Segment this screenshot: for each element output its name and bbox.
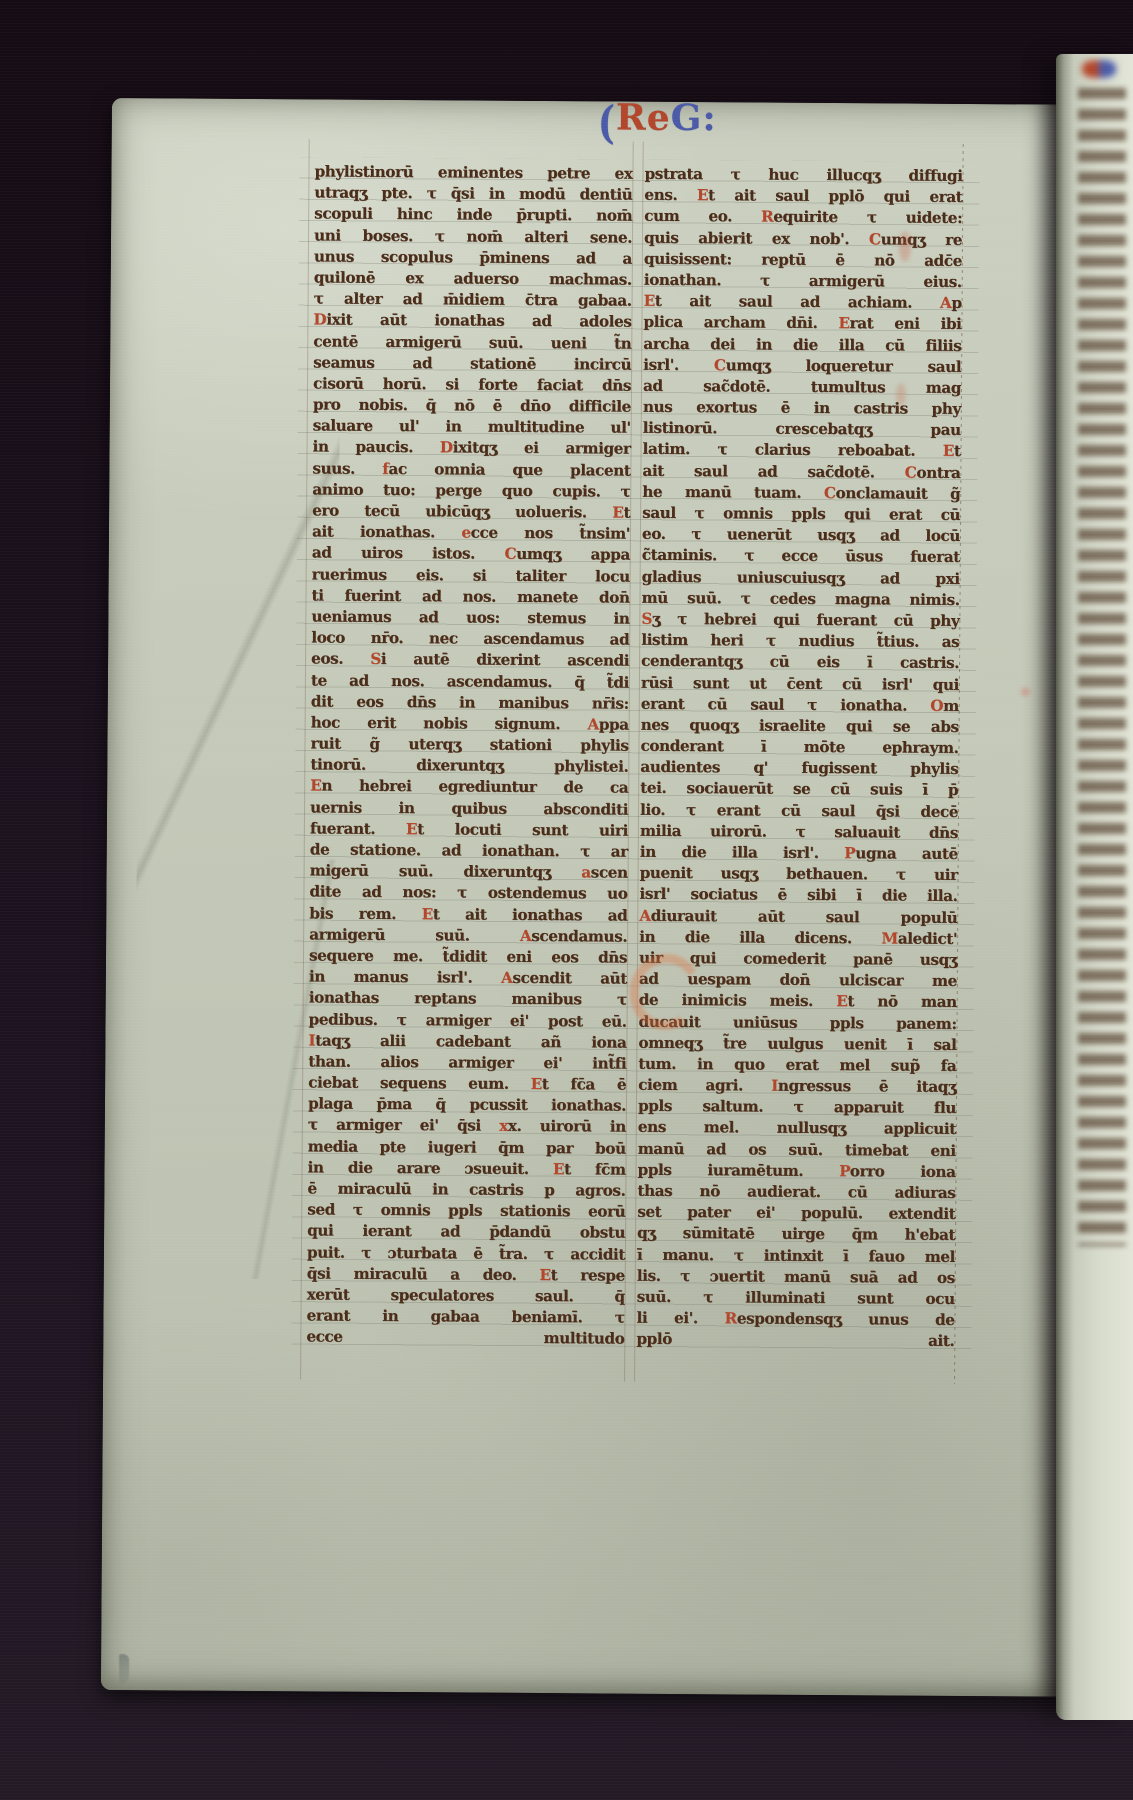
text-line: ait saul ad sac̃dotē. Contra	[642, 460, 960, 483]
text-line: ti fuerint ad nos. manete don̄	[311, 585, 629, 608]
text-line: pedibus. τ armiger ei' post eū.	[308, 1009, 626, 1032]
text-line: li ei'. Respondensqʒ unus de	[636, 1308, 954, 1331]
text-line: migerū suū. dixeruntqʒ ascen	[310, 861, 628, 884]
text-line: cum eo. Requirite τ uidete:	[644, 206, 962, 229]
text-line: ens mel. nullusqʒ applicuit	[638, 1117, 956, 1140]
text-line: gladius uniuscuiusqʒ ad pxi	[642, 566, 960, 589]
text-line: loco nr̄o. nec ascendamus ad	[311, 628, 629, 651]
text-line: he manū tuam. Conclamauit g̃	[642, 482, 960, 505]
text-line: tum. in quo erat mel sup̃ fa	[638, 1054, 956, 1077]
text-line: mū suū. τ cedes magna nimis.	[641, 587, 959, 610]
text-line: qui ierant ad p̄dandū obstu	[307, 1221, 625, 1244]
rubricated-capital: E	[553, 1160, 564, 1178]
rubricated-capital: O	[930, 696, 943, 714]
running-title-char: G	[671, 96, 703, 140]
text-line: ciebat sequens eum. Et fc̄a ē	[308, 1072, 626, 1095]
text-line: τ armiger ei' q̄si xx. uirorū in	[308, 1115, 626, 1138]
rubricated-capital: E	[838, 314, 849, 332]
text-line: ueniamus ad uos: stemus in	[311, 606, 629, 629]
text-line: suus. fac omnia que placent	[312, 458, 630, 481]
text-line: q̄si miraculū a deo. Et respe	[307, 1263, 625, 1286]
rubricated-capital: E	[943, 442, 954, 460]
rubricated-capital: A	[940, 294, 952, 312]
text-line: in die illa dicens. Maledict'	[639, 926, 957, 949]
text-line: archa dei in die illa cū filiis	[643, 333, 961, 356]
text-line: quis abierit ex nob'. Cumqʒ re	[644, 227, 962, 250]
text-line: ppls iuramētum. Porro iona	[637, 1160, 955, 1183]
text-line: lis. τ ɔuertit manū suā ad os	[637, 1265, 955, 1288]
rubricated-capital: A	[639, 906, 651, 924]
rubricated-capital: C	[504, 545, 516, 563]
rubricated-capital: C	[905, 463, 917, 481]
text-line: ducauit uniūsus ppls panem:	[638, 1011, 956, 1034]
rubricated-capital: I	[308, 1031, 315, 1049]
text-line: in manus isrl'. Ascendit aūt	[309, 967, 627, 990]
text-column-left: phylistinorū eminentes petre exutraqʒ pt…	[306, 161, 632, 1350]
rubricated-capital: A	[520, 927, 532, 945]
running-title: (ReG:	[598, 95, 717, 144]
facing-page-blurred-text	[1078, 88, 1126, 1246]
text-line: sequere me. t̃didit eni eos dn̄s	[309, 945, 627, 968]
text-line: τ alter ad m̄idiem c̄tra gabaa.	[314, 289, 632, 312]
text-line: omneqʒ t̃re uulgus uenit ī sal	[638, 1032, 956, 1055]
rubricated-capital: E	[406, 820, 417, 838]
text-line: ecce multitudo	[306, 1327, 624, 1350]
text-column-right: pstrata τ huc illucqʒ diffugiens. Et ait…	[636, 164, 962, 1353]
text-line: uni boses. τ nom̄ alteri sene.	[314, 225, 632, 248]
text-line: listinorū. crescebatqʒ pau	[643, 418, 961, 441]
text-line: than. alios armiger ei' int̃fi	[308, 1051, 626, 1074]
text-line: listim heri τ nudius t̃tius. as	[641, 630, 959, 653]
text-line: animo tuo: perge quo cupis. τ	[312, 479, 630, 502]
rubricated-capital: C	[869, 230, 881, 248]
text-line: uernis in quibus absconditi	[310, 797, 628, 820]
text-line: rūsi sunt ut c̄ent cū isrl' qui	[641, 672, 959, 695]
text-line: ruerimus eis. si taliter locu	[312, 564, 630, 587]
text-line: eo. τ uenerūt usqʒ ad locū	[642, 524, 960, 547]
text-line: puit. τ ɔturbata ē t̃ra. τ accidit	[307, 1242, 625, 1265]
running-title-char: :	[702, 96, 717, 140]
rubricated-capital: D	[440, 439, 453, 457]
text-line: ionathan. τ armigerū eius.	[644, 270, 962, 293]
manuscript-page: (ReG: phylistinorū eminentes petre exutr…	[101, 98, 1075, 1697]
text-line: nus exortus ē in castris phy	[643, 397, 961, 420]
rubricated-capital: E	[539, 1266, 550, 1284]
text-line: ionathas reptans manibus τ	[309, 988, 627, 1011]
text-line: ad uiros istos. Cumqʒ appa	[312, 543, 630, 566]
text-line: set pater ei' populū. extendit	[637, 1202, 955, 1225]
text-line: cisorū horū. si forte faciat dn̄s	[313, 373, 631, 396]
text-line: ait ionathas. ecce nos t̃nsim'	[312, 522, 630, 545]
rubricated-capital: E	[612, 504, 623, 522]
rubricated-capital: A	[501, 969, 513, 987]
rubricated-capital: E	[422, 905, 433, 923]
text-line: ruit g̃ uterqʒ stationi phylis	[310, 733, 628, 756]
text-line: quisissent: reptū ē nō adc̄e	[644, 248, 962, 271]
text-line: erant in gabaa beniamī. τ	[306, 1306, 624, 1329]
text-line: in die illa isrl'. Pugna autē	[640, 842, 958, 865]
rubricated-capital: E	[310, 777, 321, 795]
rubricated-capital: E	[531, 1075, 542, 1093]
pink-stain	[1021, 687, 1030, 696]
rubricated-capital: C	[824, 484, 836, 502]
text-line: scopuli hinc inde p̄rupti. nom̄	[314, 204, 632, 227]
text-line: tinorū. dixeruntqʒ phylistei.	[310, 755, 628, 778]
text-line: in paucis. Dixitqʒ ei armiger	[312, 437, 630, 460]
rubricated-capital: S	[641, 610, 652, 628]
text-line: media pte iugeri q̄m par boū	[308, 1136, 626, 1159]
text-line: armigerū suū. Ascendamus.	[309, 924, 627, 947]
photo-background: (ReG: phylistinorū eminentes petre exutr…	[0, 0, 1133, 1800]
text-line: c̃taminis. τ ecce ūsus fuerat	[642, 545, 960, 568]
text-line: quilonē ex aduerso machmas.	[314, 267, 632, 290]
rubricated-capital: A	[587, 715, 599, 733]
text-line: nes quoqʒ israelite qui se abs	[641, 715, 959, 738]
rubricated-capital: a	[581, 863, 591, 881]
text-line: ens. Et ait saul pplō qui erat	[644, 185, 962, 208]
rubricated-capital: R	[724, 1309, 736, 1327]
text-line: Dixit aūt ionathas ad adoles	[313, 310, 631, 333]
text-line: Sʒ τ hebrei qui fuerant cū phy	[641, 609, 959, 632]
text-line: xerūt speculatores saul. q̄	[307, 1284, 625, 1307]
rubricated-capital: C	[714, 356, 726, 374]
rubricated-capital: E	[836, 992, 847, 1010]
text-line: pplō ait.	[636, 1329, 954, 1352]
text-line: isrl' sociatus ē sibi ī die illa.	[639, 884, 957, 907]
rubricated-capital: S	[370, 650, 381, 668]
text-line: unus scopulus p̄minens ad a	[314, 246, 632, 269]
text-block: phylistinorū eminentes petre exutraqʒ pt…	[306, 161, 962, 1352]
text-line: puenit usqʒ bethauen. τ uir	[640, 863, 958, 886]
text-line: isrl'. Cumqʒ loqueretur saul	[643, 354, 961, 377]
text-line: conderant ī mōte ephraym.	[640, 736, 958, 759]
text-line: saluare ul' in multitudine ul'	[313, 416, 631, 439]
corner-fold-mark	[119, 1654, 129, 1684]
text-line: plica archam dn̄i. Erat eni ibi	[643, 312, 961, 335]
text-line: utraqʒ pte. τ q̄si in modū dentiū	[314, 183, 632, 206]
text-line: hoc erit nobis signum. Appa	[311, 712, 629, 735]
rubricated-capital: R	[761, 208, 773, 226]
text-line: ad uespam don̄ ulciscar me	[639, 969, 957, 992]
text-line: Adiurauit aūt saul populū	[639, 905, 957, 928]
text-line: cenderantqʒ cū eis ī castris.	[641, 651, 959, 674]
text-line: erant cū saul τ ionatha. Om	[641, 693, 959, 716]
text-line: eos. Si autē dixerint ascendi	[311, 649, 629, 672]
rubricated-capital: e	[461, 524, 470, 542]
text-line: te ad nos. ascendamus. q̄ t̃di	[311, 670, 629, 693]
text-line: uir qui comederit panē usqʒ	[639, 948, 957, 971]
text-line: ciem agri. Ingressus ē itaqʒ	[638, 1075, 956, 1098]
text-line: ad sac̃dotē. tumultus mag	[643, 376, 961, 399]
text-line: Itaqʒ alii cadebant añ iona	[308, 1030, 626, 1053]
rubricated-capital: I	[771, 1077, 778, 1095]
text-line: Et ait saul ad achiam. Ap	[644, 291, 962, 314]
text-line: phylistinorū eminentes petre ex	[314, 161, 632, 184]
rubricated-capital: E	[644, 292, 655, 310]
text-line: ero tecū ubicūqʒ uolueris. Et	[312, 500, 630, 523]
text-line: ī manu. τ intinxit ī fauo mel	[637, 1244, 955, 1267]
text-line: thas nō audierat. cū adiuras	[637, 1181, 955, 1204]
text-line: sed τ omnis ppls stationis eorū	[307, 1200, 625, 1223]
text-line: dit eos dn̄s in manibus nr̄is:	[311, 691, 629, 714]
text-line: de inimicis meis. Et nō man	[639, 990, 957, 1013]
rubricated-capital: f	[382, 460, 388, 478]
text-line: plaga p̄ma q̄ pcussit ionathas.	[308, 1094, 626, 1117]
text-line: latim. τ clarius reboabat. Et	[642, 439, 960, 462]
rubricated-capital: x	[499, 1117, 508, 1135]
text-line: suū. τ illuminati sunt ocu	[637, 1287, 955, 1310]
running-title-char: R	[616, 96, 647, 140]
running-title-char: e	[647, 96, 671, 140]
text-line: En hebrei egrediuntur de ca	[310, 776, 628, 799]
facing-page-edge	[1056, 54, 1133, 1720]
rubricated-capital: M	[881, 929, 898, 947]
text-line: centē armigerū suū. ueni t̃n	[313, 331, 631, 354]
text-line: saul τ omnis ppls qui erat cū	[642, 503, 960, 526]
facing-running-title-blur	[1082, 60, 1116, 78]
rubricated-capital: E	[697, 186, 708, 204]
rubricated-capital: P	[839, 1162, 850, 1180]
text-line: pstrata τ huc illucqʒ diffugi	[644, 164, 962, 187]
text-line: qʒ sūmitatē uirge q̄m h'ebat	[637, 1223, 955, 1246]
text-line: audientes q' fugissent phylis	[640, 757, 958, 780]
text-line: milia uirorū. τ saluauit dn̄s	[640, 821, 958, 844]
text-line: bis rem. Et ait ionathas ad	[309, 903, 627, 926]
text-line: seamus ad stationē incircū	[313, 352, 631, 375]
running-title-char: (	[598, 95, 616, 150]
text-line: ppls saltum. τ apparuit flu	[638, 1096, 956, 1119]
text-line: tei. sociauerūt se cū suis ī p̄	[640, 778, 958, 801]
text-line: manū ad os suū. timebat eni	[638, 1138, 956, 1161]
text-line: pro nobis. q̄ nō ē dn̄o difficile	[313, 394, 631, 417]
rubricated-capital: D	[313, 311, 326, 329]
text-line: ē miraculū in castris p agros.	[307, 1178, 625, 1201]
text-line: de statione. ad ionathan. τ ar	[310, 839, 628, 862]
rubricated-capital: P	[844, 844, 855, 862]
text-line: lio. τ erant cū saul q̄si decē	[640, 799, 958, 822]
text-line: in die arare ɔsueuit. Et fc̄m	[307, 1157, 625, 1180]
text-line: dite ad nos: τ ostendemus uo	[309, 882, 627, 905]
text-line: fuerant. Et locuti sunt uiri	[310, 818, 628, 841]
